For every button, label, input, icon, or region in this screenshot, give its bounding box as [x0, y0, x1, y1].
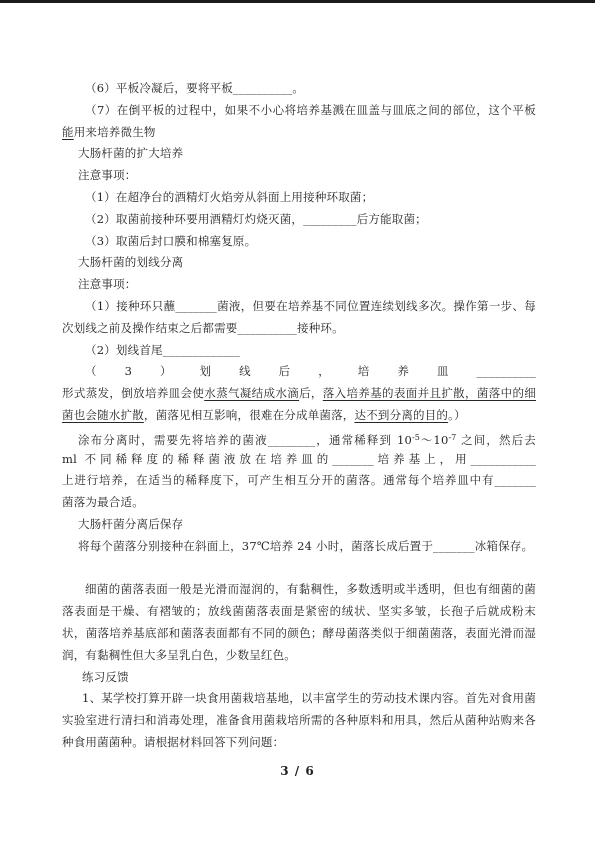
text-line: 菌也会随水扩散，菌落见相互影响，很难在分成单菌落，达不到分离的目的。）: [62, 405, 536, 427]
text-run: 之间，然后去: [456, 433, 536, 447]
text-run: 菌液，但要在培养基不同位置连续划线多次。操作第一步、每: [217, 299, 536, 313]
text-line: 注意事项：: [62, 274, 536, 296]
text-line: 大肠杆菌分离后保存: [62, 514, 536, 536]
text-run: ～10: [420, 433, 449, 447]
text-run: ，菌落见相互影响，很难在分成单菌落，: [144, 408, 355, 422]
text-run: 后，: [299, 386, 323, 400]
text-line: 注意事项：: [62, 165, 536, 187]
blank-line: [62, 558, 536, 580]
text-line: （3）划线后，培养皿__________培养 12～24h。（是因为培养基中的水…: [62, 361, 536, 383]
text-run: 落表面是干燥、有褶皱的；放线菌菌落表面是紧密的绒状、坚实多皱，长孢子后就成粉末: [62, 604, 536, 618]
text-run: 用来培养微生物: [74, 125, 156, 139]
superscript-exponent: -5: [412, 433, 420, 442]
text-run: ，通常稀释到 10: [315, 433, 412, 447]
fill-in-blank: ___________: [471, 452, 536, 466]
text-line: 菌落为最合适。: [62, 492, 536, 514]
text-line: 大肠杆菌的扩大培养: [62, 143, 536, 165]
fill-in-blank: __________: [238, 321, 298, 335]
text-line: 将每个菌落分别接种在斜面上，37℃培养 24 小时，菌落长成后置于_______…: [62, 536, 536, 558]
text-run: 。: [292, 81, 304, 95]
text-line: ml 不同稀释度的稀释菌液放在培养皿的_______培养基上，用________…: [62, 449, 536, 471]
text-line: （2）划线首尾_____________: [62, 340, 536, 362]
text-line: 实验室进行清扫和消毒处理，准备食用菌栽培所需的各种原料和用具，然后从菌种站购来各: [62, 710, 536, 732]
text-line: （1）在超净台的酒精灯火焰旁从斜面上用接种环取菌；: [62, 187, 536, 209]
text-run: 涂布分离时，需要先将培养的菌液: [78, 433, 268, 447]
fill-in-blank: _________: [303, 212, 357, 226]
text-run: 形式蒸发，倒放培养皿会使: [62, 386, 204, 400]
text-line: （7）在倒平板的过程中，如果不小心将培养基溅在皿盖与皿底之间的部位，这个平板不: [62, 100, 536, 122]
text-line: 大肠杆菌的划线分离: [62, 252, 536, 274]
text-run: 状，菌落培养基底部和菌落表面都有不同的颜色；酵母菌落类似于细菌菌落，表面光滑而湿: [62, 626, 536, 640]
document-body: （6）平板冷凝后，要将平板__________。（7）在倒平板的过程中，如果不小…: [62, 78, 536, 754]
text-run: 细菌的菌落表面一般是光滑而湿润的，有黏稠性，多数透明或半透明，但也有细菌的菌: [85, 582, 536, 596]
text-run: （3）划线后，培养皿: [85, 364, 477, 378]
text-line: 能用来培养微生物: [62, 122, 536, 144]
text-line: 次划线之前及操作结束之后都需要__________接种环。: [62, 318, 536, 340]
text-run: （3）取菌后封口膜和棉塞复原。: [85, 234, 256, 248]
text-line: 状，菌落培养基底部和菌落表面都有不同的颜色；酵母菌落类似于细菌菌落，表面光滑而湿: [62, 623, 536, 645]
text-run: 实验室进行清扫和消毒处理，准备食用菌栽培所需的各种原料和用具，然后从菌种站购来各: [62, 713, 536, 727]
fill-in-blank: _______: [494, 473, 536, 487]
text-run: 培养基上，用: [374, 452, 471, 466]
text-run: ml 不同稀释度的稀释菌液放在培养皿的: [62, 452, 332, 466]
text-line: 形式蒸发，倒放培养皿会使水蒸气凝结成水滴后，落入培养基的表面并且扩散，菌落中的细: [62, 383, 536, 405]
text-run: （2）取菌前接种环要用酒精灯灼烧灭菌，: [85, 212, 303, 226]
text-line: 润，有黏稠性但大多呈乳白色，少数呈红色。: [62, 645, 536, 667]
text-line: 种食用菌菌种。请根据材料回答下列问题：: [62, 732, 536, 754]
text-run: 冰箱保存。: [475, 539, 534, 553]
underlined-text: 能: [62, 125, 74, 139]
text-line: （3）取菌后封口膜和棉塞复原。: [62, 231, 536, 253]
text-line: （6）平板冷凝后，要将平板__________。: [62, 78, 536, 100]
underlined-text: 水蒸气凝结成水滴: [204, 386, 299, 400]
page-number: 3 / 6: [0, 764, 595, 778]
page-top-border: [0, 0, 595, 3]
text-run: （1）接种环只蘸: [85, 299, 175, 313]
text-run: 注意事项：: [78, 168, 137, 182]
text-line: 练习反馈: [62, 667, 536, 689]
text-line: 1、某学校打算开辟一块食用菌栽培基地，以丰富学生的劳动技术课内容。首先对食用菌: [62, 688, 536, 710]
fill-in-blank: _____________: [163, 343, 240, 357]
fill-in-blank: _______: [332, 452, 374, 466]
text-line: 涂布分离时，需要先将培养的菌液________，通常稀释到 10-5～10-7 …: [62, 427, 536, 449]
text-run: 大肠杆菌的划线分离: [78, 255, 183, 269]
text-line: 细菌的菌落表面一般是光滑而湿润的，有黏稠性，多数透明或半透明，但也有细菌的菌: [62, 579, 536, 601]
text-run: 上进行培养，在适当的稀释度下，可产生相互分开的菌落。通常每个培养皿中有: [62, 473, 494, 487]
text-line: 上进行培养，在适当的稀释度下，可产生相互分开的菌落。通常每个培养皿中有_____…: [62, 470, 536, 492]
text-run: 后方能取菌；: [357, 212, 427, 226]
text-run: 1、某学校打算开辟一块食用菌栽培基地，以丰富学生的劳动技术课内容。首先对食用菌: [82, 691, 536, 705]
text-run: （7）在倒平板的过程中，如果不小心将培养基溅在皿盖与皿底之间的部位，这个平板: [85, 103, 536, 117]
text-run: 注意事项：: [78, 277, 137, 291]
text-run: 。）: [448, 408, 466, 422]
fill-in-blank: __________: [477, 364, 537, 378]
fill-in-blank: ________: [268, 433, 316, 447]
fill-in-blank: __________: [233, 81, 293, 95]
text-run: （6）平板冷凝后，要将平板: [85, 81, 233, 95]
text-line: （1）接种环只蘸_______菌液，但要在培养基不同位置连续划线多次。操作第一步…: [62, 296, 536, 318]
underlined-text: 达不到分离的目的: [355, 408, 449, 422]
text-run: （2）划线首尾: [85, 343, 163, 357]
fill-in-blank: _______: [175, 299, 217, 313]
underlined-text: 菌也会随水扩散: [62, 408, 144, 422]
text-run: 将每个菌落分别接种在斜面上，37℃培养 24 小时，菌落长成后置于: [78, 539, 433, 553]
text-run: 次划线之前及操作结束之后都需要: [62, 321, 238, 335]
text-run: 大肠杆菌的扩大培养: [78, 146, 183, 160]
text-run: 种食用菌菌种。请根据材料回答下列问题：: [62, 735, 284, 749]
text-run: 练习反馈: [82, 670, 129, 684]
worksheet-page: （6）平板冷凝后，要将平板__________。（7）在倒平板的过程中，如果不小…: [0, 0, 595, 841]
text-run: 大肠杆菌分离后保存: [78, 517, 183, 531]
fill-in-blank: _______: [433, 539, 475, 553]
text-run: 菌落为最合适。: [62, 495, 144, 509]
text-run: （1）在超净台的酒精灯火焰旁从斜面上用接种环取菌；: [85, 190, 373, 204]
text-line: （2）取菌前接种环要用酒精灯灼烧灭菌，_________后方能取菌；: [62, 209, 536, 231]
text-line: 落表面是干燥、有褶皱的；放线菌菌落表面是紧密的绒状、坚实多皱，长孢子后就成粉末: [62, 601, 536, 623]
text-run: 润，有黏稠性但大多呈乳白色，少数呈红色。: [62, 648, 296, 662]
underlined-text: 落入培养基的表面并且扩散，菌落中的细: [323, 386, 536, 400]
text-run: 接种环。: [297, 321, 344, 335]
